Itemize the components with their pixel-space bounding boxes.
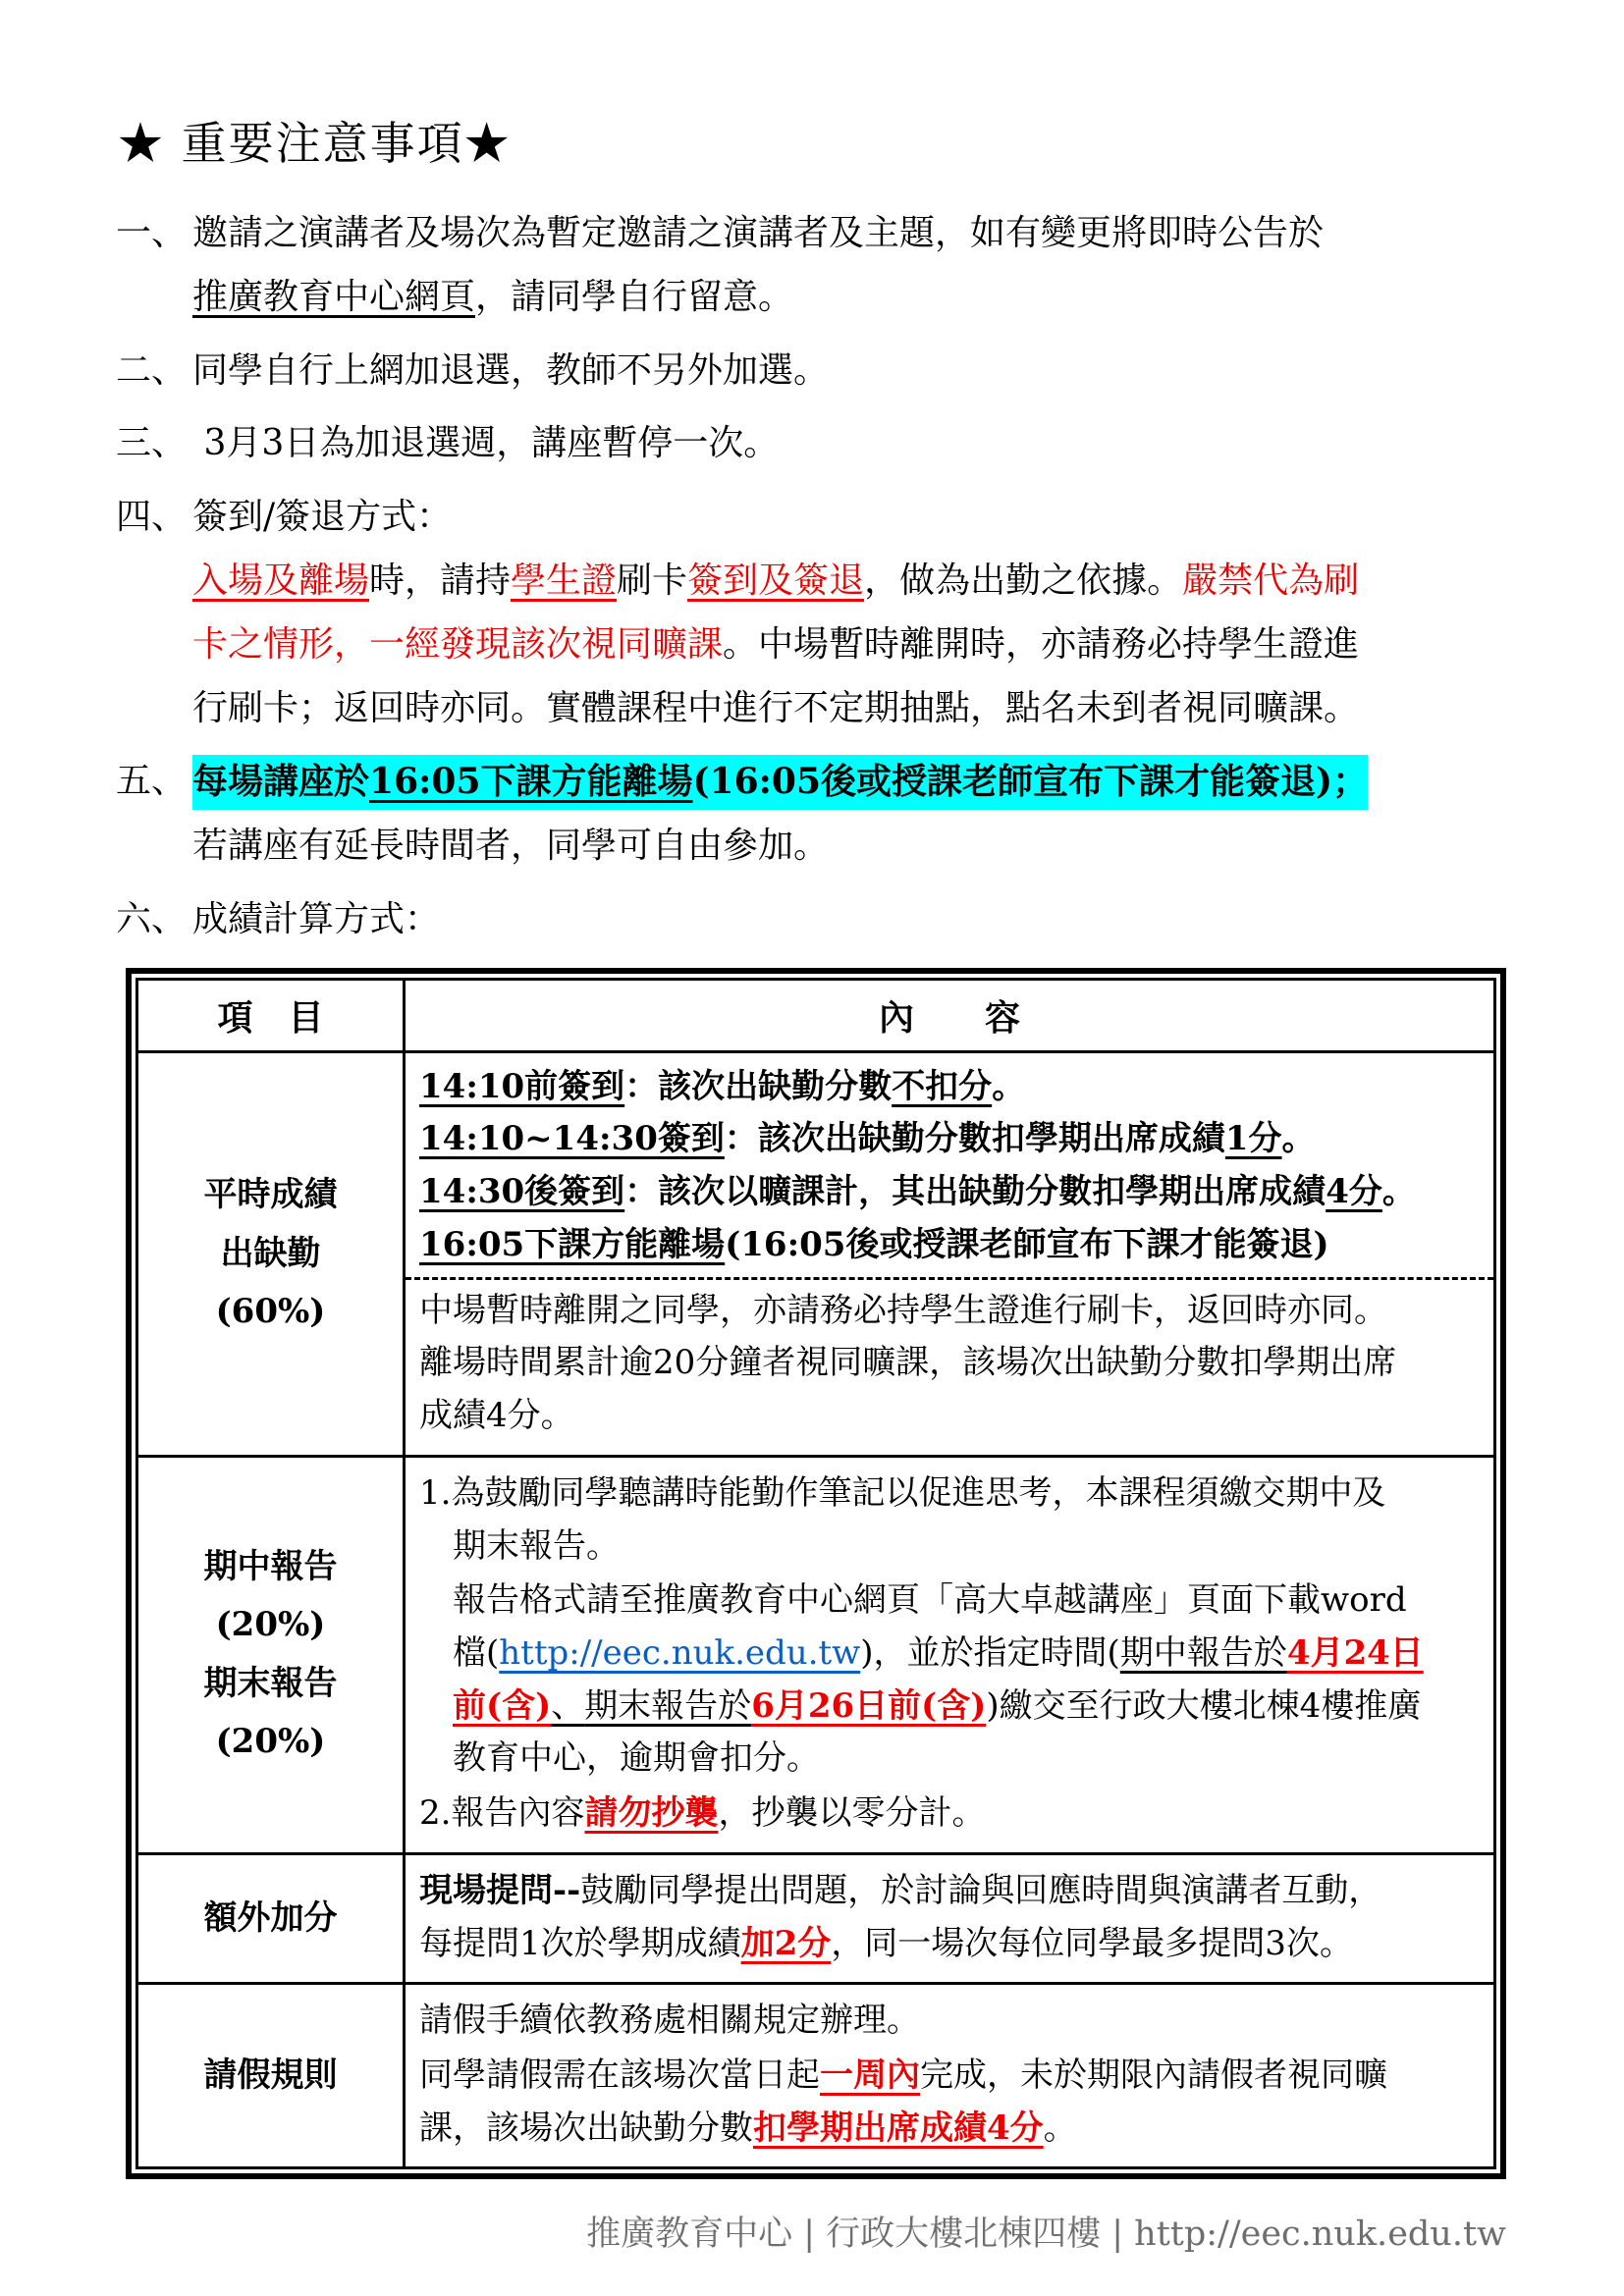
text-run: 、	[551, 1686, 584, 1726]
text-run: 入場及離場	[192, 561, 369, 601]
note-text: 成績計算方式：	[192, 888, 1508, 952]
note-item: 三、 3月3日為加退選週，講座暫停一次。	[116, 412, 1508, 476]
text-run: 1分	[1225, 1119, 1282, 1158]
content-paragraph: 同學請假需在該場次當日起一周內完成，未於期限內請假者視同曠課，該場次出缺勤分數扣…	[419, 2050, 1480, 2155]
table-header: 項 目	[137, 979, 405, 1051]
text-run: 不扣分	[892, 1067, 992, 1106]
link-url[interactable]: http://eec.nuk.edu.tw	[499, 1633, 860, 1673]
text-run: ：該次出缺勤分數	[624, 1067, 892, 1106]
text-run: ，做為出勤之依據。	[864, 561, 1182, 601]
text-run: 刷卡	[617, 561, 687, 601]
table-header-row: 項 目內 容	[137, 979, 1495, 1051]
note-item: 二、同學自行上網加退選，教師不另外加選。	[116, 340, 1508, 403]
label-cell: 額外加分	[137, 1853, 405, 1983]
text-run: 。	[992, 1067, 1025, 1106]
text-run: 中場暫時離開之同學，亦請務必持學生證進行刷卡，返回時亦同。	[419, 1291, 1387, 1330]
note-item: 六、成績計算方式：	[116, 888, 1508, 952]
text-run: ：該次以曠課計，其出缺勤分數扣學期出席成績	[624, 1172, 1326, 1211]
label-cell: 平時成績出缺勤(60%)	[137, 1051, 405, 1456]
text-run: 。	[1044, 2109, 1077, 2148]
text-run: 鼓勵同學提出問題，於討論與回應時間與演講者互動，	[580, 1871, 1381, 1910]
score-table-frame: 項 目內 容 平時成績出缺勤(60%)14:10前簽到：該次出缺勤分數不扣分。1…	[126, 968, 1506, 2180]
text-run: 14:10前簽到	[419, 1067, 624, 1106]
text-run: 每提問1次於學期成績	[419, 1924, 741, 1963]
text-run: 4分	[1326, 1172, 1382, 1211]
text-run: 邀請之演講者及場次為暫定邀請之演講者及主題，如有變更將即時公告於	[192, 213, 1324, 253]
text-run: 檔(	[453, 1633, 499, 1673]
note-text: 邀請之演講者及場次為暫定邀請之演講者及主題，如有變更將即時公告於推廣教育中心網頁…	[192, 202, 1508, 330]
text-run: 同學自行上網加退選，教師不另外加選。	[192, 350, 829, 391]
content-paragraph: 中場暫時離開之同學，亦請務必持學生證進行刷卡，返回時亦同。離場時間累計逾20分鐘…	[419, 1285, 1480, 1443]
label-line: 額外加分	[142, 1890, 399, 1949]
content-paragraph: 請假手續依教務處相關規定辦理。	[419, 1995, 1480, 2048]
note-item: 五、每場講座於16:05下課方能離場(16:05後或授課老師宣布下課才能簽退)；…	[116, 750, 1508, 879]
note-text: 同學自行上網加退選，教師不另外加選。	[192, 340, 1508, 403]
table-row: 請假規則請假手續依教務處相關規定辦理。同學請假需在該場次當日起一周內完成，未於期…	[137, 1984, 1495, 2168]
text-run: 14:30後簽到	[419, 1172, 624, 1211]
text-run: 嚴禁代為刷	[1182, 561, 1359, 601]
text-run: 期中報告於	[1120, 1633, 1287, 1673]
text-run: 。	[1282, 1119, 1316, 1158]
page-footer: 推廣教育中心 | 行政大樓北棟四樓 | http://eec.nuk.edu.t…	[116, 2207, 1508, 2256]
text-run: 。中場暫時離開時，亦請務必持學生證進	[723, 624, 1359, 665]
text-run: 4月24日	[1287, 1633, 1424, 1673]
text-run: 卡之情形，一經發現該次視同曠課	[192, 624, 723, 665]
text-run: (16:05後或授課老師宣布下課才能簽退)；	[693, 755, 1369, 810]
label-cell: 期中報告(20%)期末報告(20%)	[137, 1456, 405, 1853]
table-row: 期中報告(20%)期末報告(20%)1.為鼓勵同學聽講時能勤作筆記以促進思考，本…	[137, 1456, 1495, 1853]
text-run: 一周內	[820, 2056, 920, 2095]
text-run: 3月3日為加退選週，講座暫停一次。	[192, 423, 779, 463]
text-run: 14:10~14:30簽到	[419, 1119, 725, 1158]
content-cell: 1.為鼓勵同學聽講時能勤作筆記以促進思考，本課程須繳交期中及期末報告。報告格式請…	[405, 1456, 1495, 1853]
text-run: 學生證	[511, 561, 617, 601]
text-run: 若講座有延長時間者，同學可自由參加。	[192, 826, 829, 866]
text-run: ，同一場次每位同學最多提問3次。	[831, 1924, 1353, 1963]
label-line: (20%)	[142, 1713, 399, 1772]
text-run: 推廣教育中心網頁	[192, 277, 475, 317]
label-line: 期末報告	[142, 1655, 399, 1714]
text-run: 請勿抄襲	[584, 1793, 718, 1833]
text-run: 期末報告於	[584, 1686, 751, 1726]
note-number: 四、	[116, 486, 192, 740]
document-page: ★ 重要注意事項★ 一、邀請之演講者及場次為暫定邀請之演講者及主題，如有變更將即…	[0, 0, 1624, 2296]
text-run: )繳交至行政大樓北棟4樓推廣	[986, 1686, 1421, 1726]
label-line: 請假規則	[142, 2047, 399, 2106]
text-run: 報告格式請至推廣教育中心網頁「高大卓越講座」頁面下載word	[453, 1580, 1407, 1620]
content-cell: 請假手續依教務處相關規定辦理。同學請假需在該場次當日起一周內完成，未於期限內請假…	[405, 1984, 1495, 2168]
table-header: 內 容	[405, 979, 1495, 1051]
text-run: 每場講座於	[192, 755, 369, 810]
score-table: 項 目內 容 平時成績出缺勤(60%)14:10前簽到：該次出缺勤分數不扣分。1…	[135, 978, 1496, 2170]
text-run: ，抄襲以零分計。	[718, 1793, 985, 1833]
label-line: 期中報告	[142, 1538, 399, 1597]
page-title: ★ 重要注意事項★	[118, 108, 1508, 173]
content-line: 14:30後簽到：該次以曠課計，其出缺勤分數扣學期出席成績4分。	[419, 1166, 1480, 1219]
note-number: 五、	[116, 750, 192, 879]
text-run: 扣學期出席成績4分	[753, 2109, 1044, 2148]
text-run: 16:05下課方能離場	[419, 1225, 725, 1264]
note-text: 3月3日為加退選週，講座暫停一次。	[192, 412, 1508, 476]
content-cell: 14:10前簽到：該次出缺勤分數不扣分。14:10~14:30簽到：該次出缺勤分…	[405, 1051, 1495, 1456]
text-run: 教育中心，逾期會扣分。	[453, 1738, 820, 1778]
text-run: 完成，未於期限內請假者視同曠	[920, 2056, 1387, 2095]
text-run: 加2分	[741, 1924, 832, 1963]
text-run: 行刷卡；返回時亦同。實體課程中進行不定期抽點，點名未到者視同曠課。	[192, 688, 1359, 728]
table-row: 額外加分現場提問--鼓勵同學提出問題，於討論與回應時間與演講者互動，每提問1次於…	[137, 1853, 1495, 1983]
dashed-divider	[406, 1277, 1493, 1280]
text-run: (16:05後或授課老師宣布下課才能簽退)	[725, 1225, 1328, 1264]
content-paragraph: 2.報告內容請勿抄襲，抄襲以零分計。	[419, 1788, 1480, 1841]
text-run: 請假手續依教務處相關規定辦理。	[419, 2001, 920, 2040]
text-run: 現場提問--	[419, 1871, 580, 1910]
label-line: 出缺勤	[142, 1225, 399, 1284]
text-run: 。	[1382, 1172, 1416, 1211]
content-line: 16:05下課方能離場(16:05後或授課老師宣布下課才能簽退)	[419, 1219, 1480, 1272]
text-run: 同學請假需在該場次當日起	[419, 2056, 820, 2095]
note-text: 每場講座於16:05下課方能離場(16:05後或授課老師宣布下課才能簽退)；若講…	[192, 750, 1508, 879]
notes-list: 一、邀請之演講者及場次為暫定邀請之演講者及主題，如有變更將即時公告於推廣教育中心…	[116, 202, 1508, 952]
text-run: 簽到/簽退方式：	[192, 497, 452, 537]
text-run: ：該次出缺勤分數扣學期出席成績	[725, 1119, 1225, 1158]
table-row: 平時成績出缺勤(60%)14:10前簽到：該次出缺勤分數不扣分。14:10~14…	[137, 1051, 1495, 1456]
note-number: 一、	[116, 202, 192, 330]
note-item: 四、簽到/簽退方式：入場及離場時，請持學生證刷卡簽到及簽退，做為出勤之依據。嚴禁…	[116, 486, 1508, 740]
label-line: (60%)	[142, 1283, 399, 1342]
note-number: 六、	[116, 888, 192, 952]
text-run: 前(含)	[453, 1686, 551, 1726]
text-run: 成績計算方式：	[192, 899, 440, 939]
text-run: 1.為鼓勵同學聽講時能勤作筆記以促進思考，本課程須繳交期中及	[419, 1473, 1385, 1513]
content-paragraph: 現場提問--鼓勵同學提出問題，於討論與回應時間與演講者互動，每提問1次於學期成績…	[419, 1865, 1480, 1970]
text-run: 簽到及簽退	[687, 561, 864, 601]
text-run: ，請同學自行留意。	[475, 277, 793, 317]
content-line: 14:10前簽到：該次出缺勤分數不扣分。	[419, 1061, 1480, 1114]
text-run: )，並於指定時間(	[860, 1633, 1120, 1673]
text-run: 2.報告內容	[419, 1793, 584, 1833]
note-number: 三、	[116, 412, 192, 476]
content-cell: 現場提問--鼓勵同學提出問題，於討論與回應時間與演講者互動，每提問1次於學期成績…	[405, 1853, 1495, 1983]
content-paragraph: 1.為鼓勵同學聽講時能勤作筆記以促進思考，本課程須繳交期中及期末報告。	[419, 1468, 1480, 1573]
label-cell: 請假規則	[137, 1984, 405, 2168]
text-run: 時，請持	[369, 561, 511, 601]
note-text: 簽到/簽退方式：入場及離場時，請持學生證刷卡簽到及簽退，做為出勤之依據。嚴禁代為…	[192, 486, 1508, 740]
content-line: 14:10~14:30簽到：該次出缺勤分數扣學期出席成績1分。	[419, 1113, 1480, 1166]
text-run: 期末報告。	[453, 1526, 620, 1566]
note-item: 一、邀請之演講者及場次為暫定邀請之演講者及主題，如有變更將即時公告於推廣教育中心…	[116, 202, 1508, 330]
label-line: 平時成績	[142, 1166, 399, 1225]
text-run: 成績4分。	[419, 1396, 574, 1435]
label-line: (20%)	[142, 1596, 399, 1655]
text-run: 6月26日前(含)	[751, 1686, 986, 1726]
text-run: 離場時間累計逾20分鐘者視同曠課，該場次出缺勤分數扣學期出席	[419, 1343, 1396, 1382]
note-number: 二、	[116, 340, 192, 403]
text-run: 課，該場次出缺勤分數	[419, 2109, 753, 2148]
text-run: 16:05下課方能離場	[369, 755, 693, 810]
content-paragraph: 報告格式請至推廣教育中心網頁「高大卓越講座」頁面下載word檔(http://e…	[419, 1575, 1480, 1786]
score-table-body: 平時成績出缺勤(60%)14:10前簽到：該次出缺勤分數不扣分。14:10~14…	[137, 1051, 1495, 2168]
